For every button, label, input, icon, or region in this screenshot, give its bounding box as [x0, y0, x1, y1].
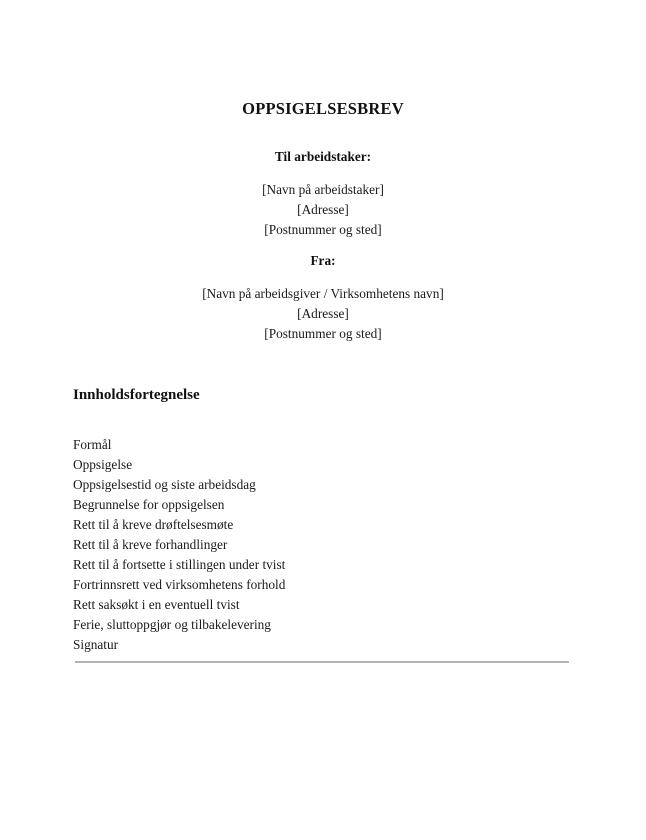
recipient-name: [Navn på arbeidstaker] — [0, 180, 646, 200]
toc-item: Oppsigelsestid og siste arbeidsdag — [73, 475, 285, 495]
recipient-postal: [Postnummer og sted] — [0, 220, 646, 240]
toc-item: Fortrinnsrett ved virksomhetens forhold — [73, 575, 285, 595]
toc-item: Rett saksøkt i en eventuell tvist — [73, 595, 285, 615]
recipient-address-block: [Navn på arbeidstaker] [Adresse] [Postnu… — [0, 180, 646, 240]
toc-item: Rett til å kreve drøftelsesmøte — [73, 515, 285, 535]
toc-item: Rett til å fortsette i stillingen under … — [73, 555, 285, 575]
sender-postal: [Postnummer og sted] — [0, 324, 646, 344]
recipient-heading-text: Til arbeidstaker: — [0, 149, 646, 165]
toc-item: Ferie, sluttoppgjør og tilbakelevering — [73, 615, 285, 635]
toc-item: Signatur — [73, 635, 285, 655]
sender-address-block: [Navn på arbeidsgiver / Virksomhetens na… — [0, 284, 646, 344]
document-page: OPPSIGELSESBREV Til arbeidstaker: [Navn … — [0, 0, 646, 840]
sender-heading-text: Fra: — [0, 253, 646, 269]
sender-heading: Fra: — [0, 253, 646, 269]
toc-item: Oppsigelse — [73, 455, 285, 475]
toc-item: Begrunnelse for oppsigelsen — [73, 495, 285, 515]
document-title: OPPSIGELSESBREV — [0, 99, 646, 119]
toc-item: Formål — [73, 435, 285, 455]
recipient-heading: Til arbeidstaker: — [0, 149, 646, 165]
horizontal-divider — [75, 661, 569, 663]
toc-item: Rett til å kreve forhandlinger — [73, 535, 285, 555]
toc-title: Innholdsfortegnelse — [73, 387, 200, 404]
recipient-address: [Adresse] — [0, 200, 646, 220]
sender-name: [Navn på arbeidsgiver / Virksomhetens na… — [0, 284, 646, 304]
sender-address: [Adresse] — [0, 304, 646, 324]
toc-list: Formål Oppsigelse Oppsigelsestid og sist… — [73, 435, 285, 655]
